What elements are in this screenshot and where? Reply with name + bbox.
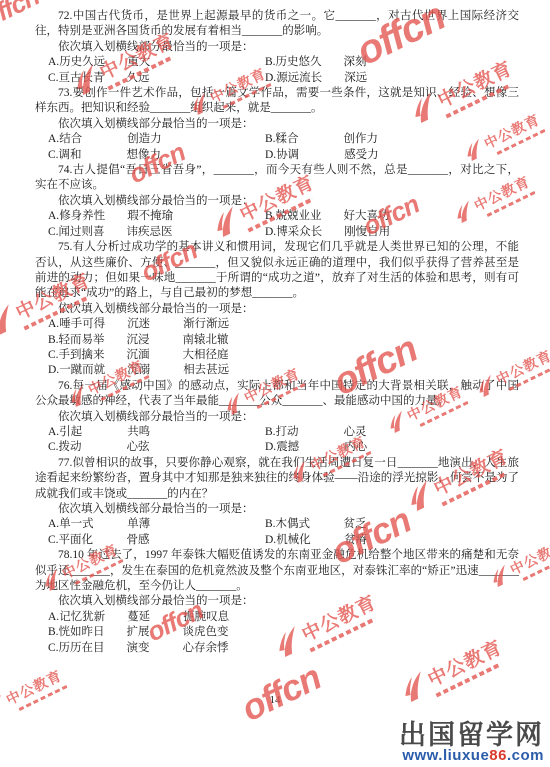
question-number: 73. (58, 87, 72, 99)
offcn-watermark: offcn (235, 656, 327, 730)
option-72-B: B.历史悠久深刻 (265, 55, 519, 70)
site-logo: 出国留学网 www.liuxue86.com (399, 722, 544, 763)
question-text: 有人分析过成功学的基本讲义和惯用词，发现它们几乎就是人类世界已知的公理，不能否认… (35, 241, 519, 299)
option-72-D: D.源远流长深远 (265, 71, 519, 86)
question-number: 75. (58, 241, 72, 253)
question-77: 77.似曾相识的故事，只要你静心观察，就在我们生活周遭日复一日_______地演… (35, 456, 519, 548)
option-75-C: C.手到擒来沉湎大相径庭 (48, 348, 519, 363)
option-74-C: C.闻过则喜讳疾忌医 (48, 225, 265, 240)
question-stem: 75.有人分析过成功学的基本讲义和惯用词，发现它们几乎就是人类世界已知的公理，不… (35, 240, 519, 302)
option-72-C: C.亘古长青久远 (48, 71, 265, 86)
question-text: 似曾相识的故事，只要你静心观察，就在我们生活周遭日复一日_______地演出，人… (35, 457, 519, 500)
question-stem: 78.10 年过去了，1997 年泰铢大幅贬值诱发的东南亚金融危机给整个地区带来… (35, 548, 519, 594)
question-78: 78.10 年过去了，1997 年泰铢大幅贬值诱发的东南亚金融危机给整个地区带来… (35, 548, 519, 656)
option-78-C: C.历历在目演变心存余悸 (48, 641, 519, 656)
option-75-D: D.一蹴而就沉溺相去甚远 (48, 363, 519, 378)
option-77-B: B.木偶式贫乏 (265, 517, 519, 532)
option-73-B: B.糅合创作力 (265, 132, 519, 147)
question-prompt: 依次填入划横线部分最恰当的一项是： (35, 410, 519, 425)
question-stem: 74.古人提倡“吾日三省吾身”，_______，而今天有些人则不然，总是____… (35, 163, 519, 194)
question-prompt: 依次填入划横线部分最恰当的一项是： (35, 594, 519, 609)
question-number: 78. (58, 549, 72, 561)
swoosh-icon (0, 303, 21, 338)
option-75-B: B.轻而易举沉浸南辕北辙 (48, 333, 519, 348)
question-76: 76.每一届《感动中国》的感动点，实际上都和当年中国特定的大背景相关联，触动了中… (35, 379, 519, 456)
question-text: 每一届《感动中国》的感动点，实际上都和当年中国特定的大背景相关联，触动了中国公众… (35, 380, 519, 407)
option-73-C: C.调和想像力 (48, 148, 265, 163)
option-74-A: A.修身养性瑕不掩瑜 (48, 209, 265, 224)
question-72: 72.中国古代货币，是世界上起源最早的货币之一。它_______，对古代世界上国… (35, 9, 519, 86)
question-prompt: 依次填入划横线部分最恰当的一项是： (35, 117, 519, 132)
option-72-A: A.历史久远重大 (48, 55, 265, 70)
question-prompt: 依次填入划横线部分最恰当的一项是： (35, 194, 519, 209)
site-name: 出国留学网 (399, 722, 544, 748)
option-73-A: A.结合创造力 (48, 132, 265, 147)
question-stem: 77.似曾相识的故事，只要你静心观察，就在我们生活周遭日复一日_______地演… (35, 456, 519, 502)
question-stem: 76.每一届《感动中国》的感动点，实际上都和当年中国特定的大背景相关联，触动了中… (35, 379, 519, 410)
question-text: 中国古代货币，是世界上起源最早的货币之一。它_______，对古代世界上国际经济… (35, 10, 519, 37)
question-number: 74. (58, 164, 72, 176)
option-78-A: A.记忆犹新蔓延扼腕叹息 (48, 610, 519, 625)
question-prompt: 依次填入划横线部分最恰当的一项是： (35, 502, 519, 517)
question-stem: 73.要创作一件艺术作品，包括一篇文学作品，需要一些条件，这就是知识、经验、想像… (35, 86, 519, 117)
question-73: 73.要创作一件艺术作品，包括一篇文学作品，需要一些条件，这就是知识、经验、想像… (35, 86, 519, 163)
option-76-D: D.震撼内心 (265, 440, 519, 455)
question-text: 10 年过去了，1997 年泰铢大幅贬值诱发的东南亚金融危机给整个地区带来的痛楚… (35, 549, 519, 592)
option-74-B: B.兢兢业业好大喜功 (265, 209, 519, 224)
question-text: 要创作一件艺术作品，包括一篇文学作品，需要一些条件，这就是知识、经验、想像三样东… (35, 87, 519, 114)
option-73-D: D.协调感受力 (265, 148, 519, 163)
question-number: 77. (58, 457, 72, 469)
page-number: 14 (0, 694, 550, 706)
question-text: 古人提倡“吾日三省吾身”，_______，而今天有些人则不然，总是_______… (35, 164, 519, 191)
option-75-A: A.唾手可得沉迷渐行渐远 (48, 317, 519, 332)
question-stem: 72.中国古代货币，是世界上起源最早的货币之一。它_______，对古代世界上国… (35, 9, 519, 40)
option-76-A: A.引起共鸣 (48, 425, 265, 440)
option-76-C: C.拨动心弦 (48, 440, 265, 455)
exam-page-body: 72.中国古代货币，是世界上起源最早的货币之一。它_______，对古代世界上国… (35, 9, 519, 656)
option-78-B: B.恍如昨日扩展谈虎色变 (48, 625, 519, 640)
question-number: 72. (58, 10, 72, 22)
question-number: 76. (58, 380, 72, 392)
option-77-D: D.机械化贫瘠 (265, 533, 519, 548)
question-74: 74.古人提倡“吾日三省吾身”，_______，而今天有些人则不然，总是____… (35, 163, 519, 240)
zhonggong-watermark: 中公教育 (0, 665, 65, 718)
option-76-B: B.打动心灵 (265, 425, 519, 440)
option-77-A: A.单一式单薄 (48, 517, 265, 532)
site-url: www.liuxue86.com (399, 748, 544, 763)
option-77-C: C.平面化骨感 (48, 533, 265, 548)
option-74-D: D.博采众长刚愎自用 (265, 225, 519, 240)
question-75: 75.有人分析过成功学的基本讲义和惯用词，发现它们几乎就是人类世界已知的公理，不… (35, 240, 519, 379)
question-prompt: 依次填入划横线部分最恰当的一项是： (35, 302, 519, 317)
question-prompt: 依次填入划横线部分最恰当的一项是： (35, 40, 519, 55)
